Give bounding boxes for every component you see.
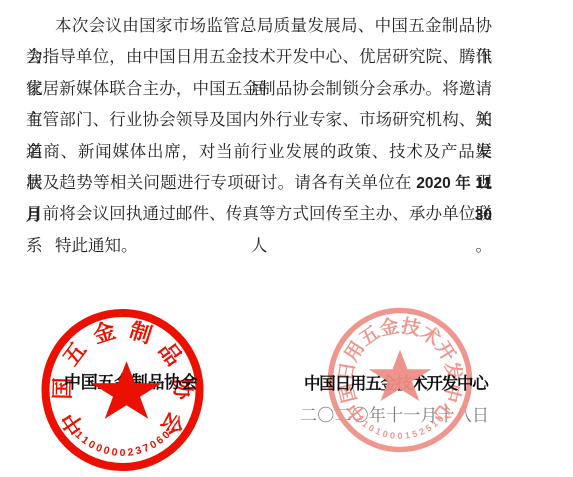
notice-paragraph: 本次会议由国家市场监管总局质量发展局、中国五金制品协会作为指导单位，由中国日用五… [26,10,492,261]
paragraph-line-5: 道商、新闻媒体出席，对当前行业发展的政策、技术及产品发展、现 [26,136,492,167]
paragraph-line-2: 为指导单位，由中国日用五金技术开发中心、优居研究院、腾讯家居、 [26,41,492,72]
org-name-development-center: 中国日用五金技术开发中心 [304,370,488,394]
svg-text:0: 0 [397,431,402,441]
paragraph-line-6: 状及趋势等相关问题进行专项研讨。请各有关单位在 2020 年 11 月 30 [26,167,492,198]
org-name-association: 中国五金制品协会 [64,368,198,393]
svg-text:0: 0 [381,429,388,440]
svg-text:制: 制 [127,318,156,349]
paragraph-line-7: 日前将会议回执通过邮件、传真等方式回传至主办、承办单位联系人。 [26,198,492,229]
svg-text:1: 1 [404,430,410,441]
notice-document-page: 本次会议由国家市场监管总局质量发展局、中国五金制品协会作为指导单位，由中国日用五… [0,0,573,477]
svg-text:0: 0 [102,444,111,457]
svg-text:0: 0 [389,430,395,441]
svg-text:2: 2 [127,446,134,459]
svg-text:金: 金 [378,314,401,340]
svg-text:0: 0 [111,446,118,459]
svg-text:金: 金 [90,318,119,349]
svg-text:0: 0 [120,447,126,459]
paragraph-line-3: 优居新媒体联合主办，中国五金制品协会制锁分会承办。将邀请有关 [26,73,492,104]
svg-text:5: 5 [411,429,418,440]
svg-text:1: 1 [374,426,383,437]
paragraph-line-4: 主管部门、行业协会领导及国内外行业专家、市场研究机构、知名渠 [26,104,492,135]
paragraph-line-1: 本次会议由国家市场监管总局质量发展局、中国五金制品协会作 [26,10,492,41]
